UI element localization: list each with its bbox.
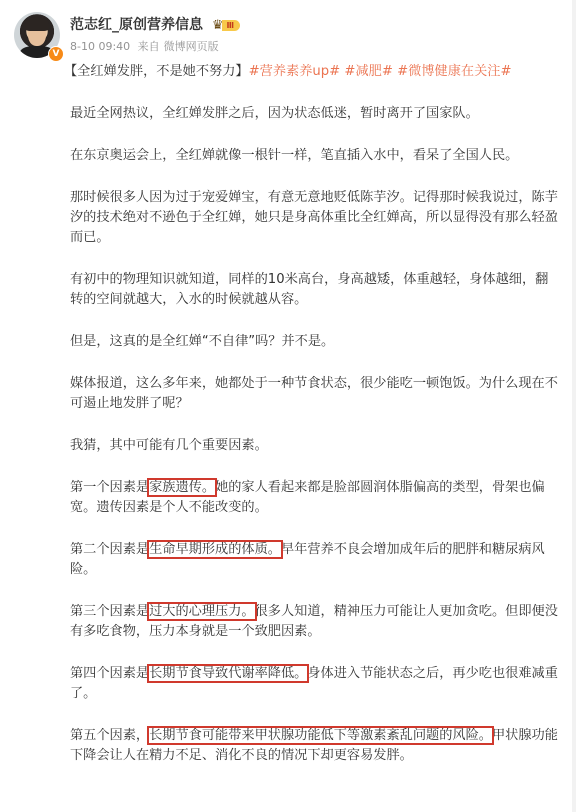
weibo-post-page: V 范志红_原创营养信息 ♛ Ⅲ 8-10 09:40 来自微博网页版 【全红婵… — [0, 0, 576, 812]
member-badge[interactable]: ♛ Ⅲ — [212, 19, 240, 32]
paragraph: 我猜，其中可能有几个重要因素。 — [70, 436, 560, 456]
post-source: 微博网页版 — [164, 40, 219, 53]
paragraph: 最近全网热议，全红婵发胖之后，因为状态低迷，暂时离开了国家队。 — [70, 104, 560, 124]
post-content: 【全红婵发胖，不是她不努力】#营养素养up# #减肥# #微博健康在关注# 最近… — [70, 62, 560, 766]
paragraph: 有初中的物理知识就知道，同样的10米高台，身高越矮，体重越轻，身体越细，翻转的空… — [70, 270, 560, 310]
hashtag-nutrition[interactable]: #营养素养up# — [249, 64, 341, 79]
factor-highlight: 长期节食可能带来甲状腺功能低下等激素紊乱问题的风险。 — [149, 728, 492, 743]
factor-highlight: 长期节食导致代谢率降低。 — [149, 666, 307, 681]
hashtag-weight-loss[interactable]: #减肥# — [344, 64, 392, 79]
factor-paragraph: 第一个因素是家族遗传。她的家人看起来都是脸部圆润体脂偏高的类型，骨架也偏宽。遗传… — [70, 478, 560, 518]
factor-paragraph: 第四个因素是长期节食导致代谢率降低。身体进入节能状态之后，再少吃也很难减重了。 — [70, 664, 560, 704]
author-line: 范志红_原创营养信息 ♛ Ⅲ — [70, 14, 240, 34]
post-meta: 8-10 09:40 来自微博网页版 — [70, 38, 223, 54]
factor-highlight: 家族遗传。 — [149, 480, 215, 495]
factor-prefix: 第三个因素是 — [70, 604, 149, 619]
factor-paragraph: 第五个因素，长期节食可能带来甲状腺功能低下等激素紊乱问题的风险。甲状腺功能下降会… — [70, 726, 560, 766]
factor-highlight: 过大的心理压力。 — [149, 604, 255, 619]
factor-prefix: 第二个因素是 — [70, 542, 149, 557]
member-level: Ⅲ — [222, 20, 241, 31]
post-time[interactable]: 8-10 09:40 — [70, 40, 130, 53]
factor-prefix: 第五个因素， — [70, 728, 149, 743]
factor-prefix: 第四个因素是 — [70, 666, 149, 681]
scrollbar-track[interactable] — [572, 0, 576, 812]
factor-prefix: 第一个因素是 — [70, 480, 149, 495]
verified-icon: V — [48, 46, 64, 62]
paragraph: 在东京奥运会上，全红婵就像一根针一样，笔直插入水中，看呆了全国人民。 — [70, 146, 560, 166]
avatar-hair — [25, 17, 49, 31]
source-prefix: 来自 — [138, 40, 160, 53]
post-title-line: 【全红婵发胖，不是她不努力】#营养素养up# #减肥# #微博健康在关注# — [64, 62, 560, 82]
factor-highlight: 生命早期形成的体质。 — [149, 542, 281, 557]
paragraph: 媒体报道，这么多年来，她都处于一种节食状态，很少能吃一顿饱饭。为什么现在不可遏止… — [70, 374, 560, 414]
factor-paragraph: 第二个因素是生命早期形成的体质。早年营养不良会增加成年后的肥胖和糖尿病风险。 — [70, 540, 560, 580]
post-title: 【全红婵发胖，不是她不努力】 — [64, 64, 249, 79]
paragraph: 但是，这真的是全红婵“不自律”吗？并不是。 — [70, 332, 560, 352]
factor-paragraph: 第三个因素是过大的心理压力。很多人知道，精神压力可能让人更加贪吃。但即便没有多吃… — [70, 602, 560, 642]
author-name[interactable]: 范志红_原创营养信息 — [70, 17, 203, 33]
hashtag-weibo-health[interactable]: #微博健康在关注# — [397, 64, 511, 79]
paragraph: 那时候很多人因为过于宠爱婵宝，有意无意地贬低陈芋汐。记得那时候我说过，陈芋汐的技… — [70, 188, 560, 248]
